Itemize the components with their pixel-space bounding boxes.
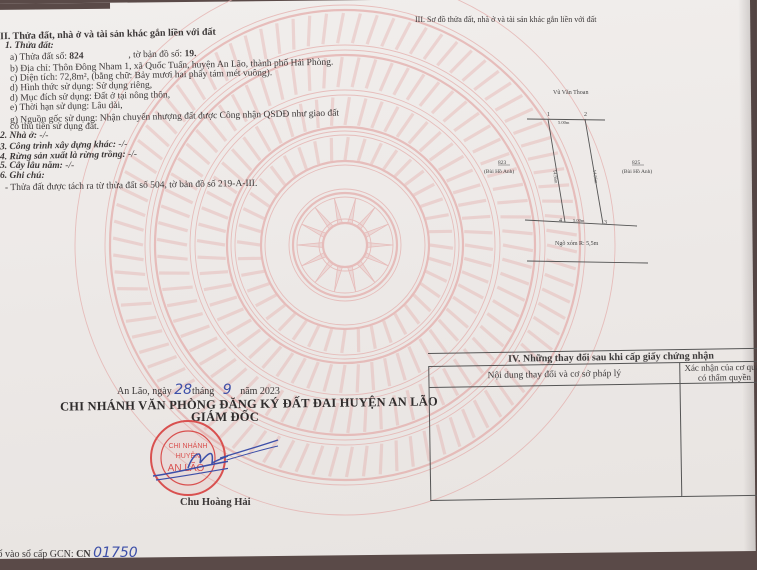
bottom-edge-length: 5.00m: [573, 218, 585, 223]
authority-header-line2: có thẩm quyền: [680, 372, 757, 383]
road-edge-line: [527, 261, 648, 263]
month-label: tháng: [192, 386, 214, 397]
changes-content-header: Nội dung thay đổi và cơ sở pháp lý: [429, 363, 679, 388]
registry-handwritten-number: 01750: [93, 545, 138, 561]
east-owner: (Bùi Hồ Anh): [622, 168, 652, 175]
date-line: An Lão, ngày 28tháng 9 năm 2023: [117, 382, 280, 398]
authority-confirmation-column: Xác nhận của cơ quan có thẩm quyền: [680, 362, 757, 497]
north-neighbor: Vũ Văn Thoan: [553, 90, 588, 96]
changes-content-column: Nội dung thay đổi và cơ sở pháp lý: [428, 363, 682, 501]
vertex-2: 2: [584, 112, 587, 118]
right-edge-length: 14.56m: [592, 169, 599, 184]
registry-prefix: CN: [76, 549, 90, 560]
svg-text:CHI NHÁNH: CHI NHÁNH: [169, 441, 208, 450]
signer-name: Chu Hoàng Hải: [180, 497, 251, 508]
registry-number: Số vào sổ cấp GCN: CN 01750: [0, 545, 138, 561]
signature-stroke: [220, 420, 280, 460]
vertex-3: 3: [604, 220, 607, 226]
official-seal: CHI NHÁNH HUYỆN AN LÃO: [148, 418, 228, 498]
west-owner: (Bùi Hồ Anh): [484, 168, 514, 175]
changes-table: IV. Những thay đổi sau khi cấp giấy chứn…: [428, 348, 757, 503]
road-label: Ngõ xóm R: 5,5m: [555, 241, 599, 247]
year-label: năm 2023: [240, 386, 280, 397]
authority-confirmation-header: Xác nhận của cơ quan có thẩm quyền: [680, 362, 757, 384]
month-handwritten: 9: [223, 382, 232, 398]
top-edge-length: 5.00m: [558, 120, 570, 125]
day-handwritten: 28: [174, 382, 192, 398]
left-edge-length: 14.56m: [552, 169, 559, 184]
vertex-4: 4: [559, 218, 562, 224]
registry-label: Số vào sổ cấp GCN:: [0, 549, 74, 560]
vertex-1: 1: [547, 112, 550, 118]
svg-text:HUYỆN: HUYỆN: [176, 451, 201, 460]
place-label: An Lão, ngày: [117, 386, 172, 397]
